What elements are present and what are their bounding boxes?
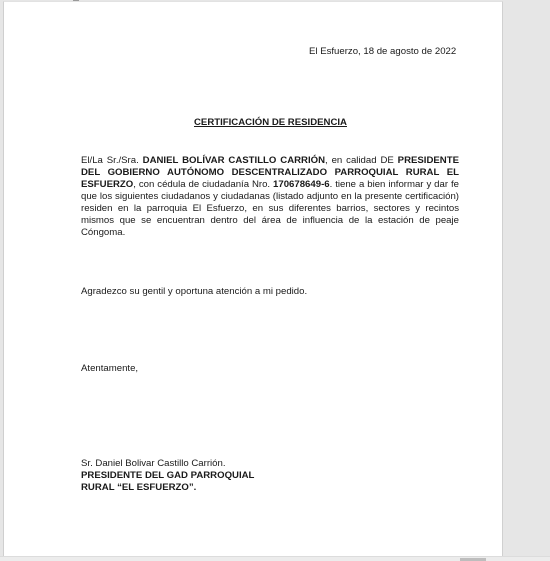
id-number: 170678649-6: [273, 179, 330, 190]
document-viewer: El Esfuerzo, 18 de agosto de 2022 CERTIF…: [0, 0, 550, 561]
person-name: DANIEL BOLÍVAR CASTILLO CARRIÓN: [143, 155, 325, 166]
thanks-line: Agradezco su gentil y oportuna atención …: [81, 286, 307, 298]
certification-paragraph: El/La Sr./Sra. DANIEL BOLÍVAR CASTILLO C…: [81, 155, 459, 239]
id-prefix-text: , con cédula de ciudadanía Nro.: [133, 179, 273, 190]
signer-role-line2: RURAL “EL ESFUERZO”.: [81, 482, 254, 494]
document-page: El Esfuerzo, 18 de agosto de 2022 CERTIF…: [3, 1, 503, 556]
intro-text: El/La Sr./Sra.: [81, 155, 143, 166]
signer-role-line1: PRESIDENTE DEL GAD PARROQUIAL: [81, 470, 254, 482]
capacity-text: , en calidad DE: [325, 155, 398, 166]
document-title: CERTIFICACIÓN DE RESIDENCIA: [4, 117, 507, 129]
signature-block: Sr. Daniel Bolivar Castillo Carrión. PRE…: [81, 458, 254, 494]
closing-line: Atentamente,: [81, 363, 138, 375]
document-title-text: CERTIFICACIÓN DE RESIDENCIA: [194, 117, 347, 128]
signer-name: Sr. Daniel Bolivar Castillo Carrión.: [81, 458, 254, 470]
date-line: El Esfuerzo, 18 de agosto de 2022: [309, 46, 456, 58]
